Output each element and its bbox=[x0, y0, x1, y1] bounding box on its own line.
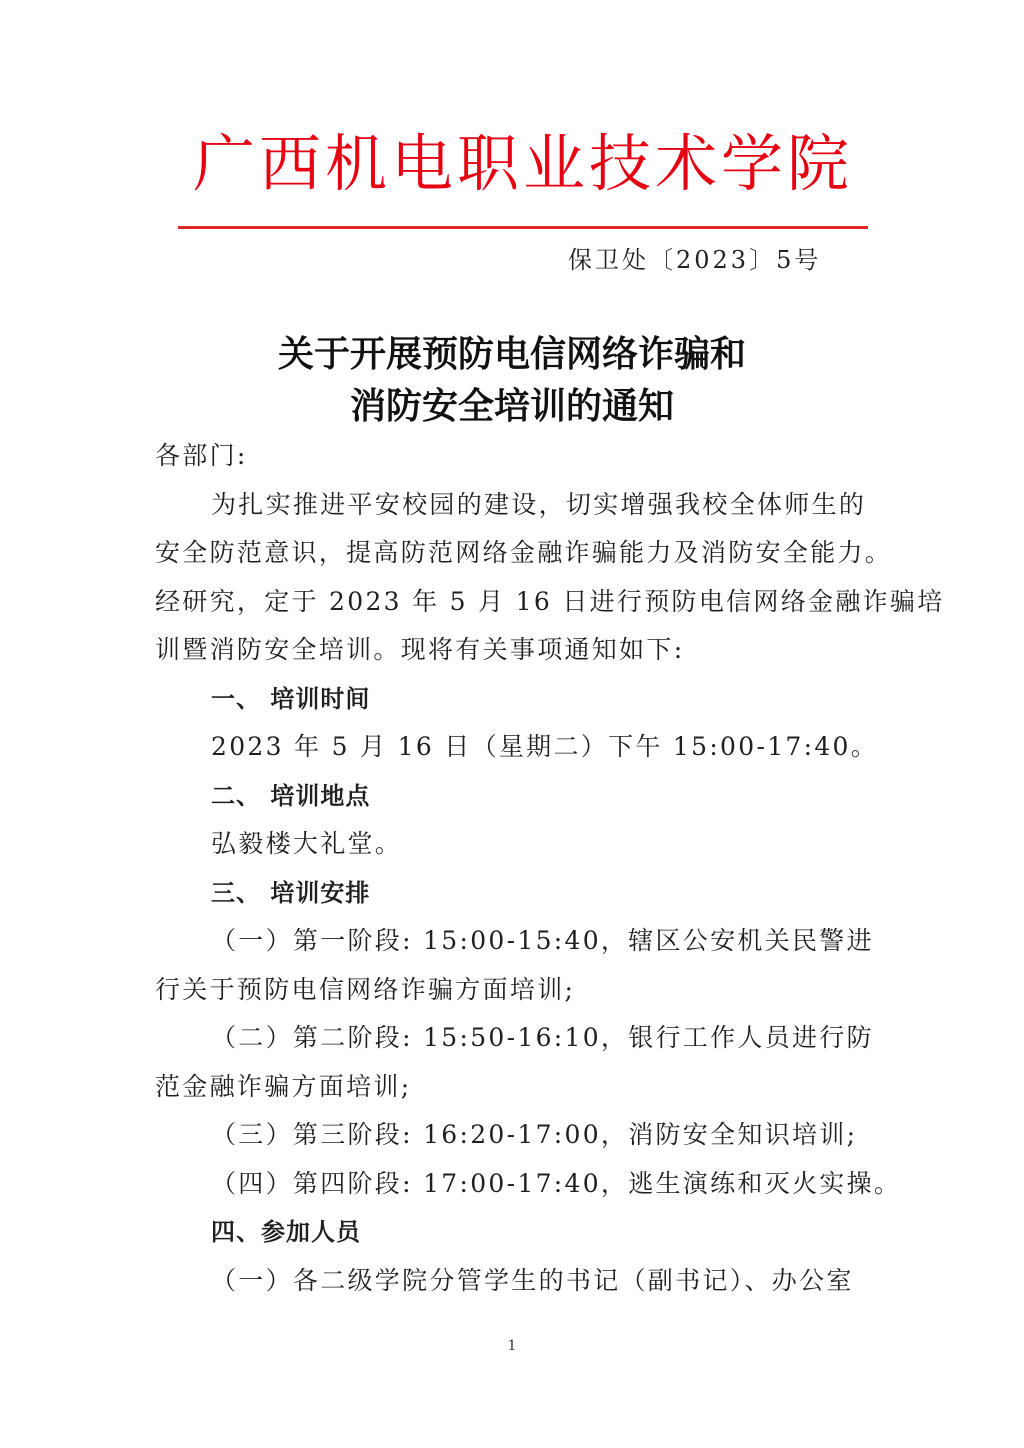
intro-line: 为扎实推进平安校园的建设，切实增强我校全体师生的 bbox=[155, 481, 869, 530]
notice-title: 关于开展预防电信网络诈骗和 消防安全培训的通知 bbox=[150, 328, 874, 432]
schedule-line: （三）第三阶段: 16:20-17:00，消防安全知识培训; bbox=[155, 1111, 869, 1160]
schedule-line: （二）第二阶段: 15:50-16:10，银行工作人员进行防 bbox=[155, 1014, 869, 1063]
section-text: 弘毅楼大礼堂。 bbox=[155, 820, 869, 869]
notice-title-line-2: 消防安全培训的通知 bbox=[150, 380, 874, 432]
schedule-item-2: （二）第二阶段: 15:50-16:10，银行工作人员进行防 范金融诈骗方面培训… bbox=[155, 1014, 869, 1111]
red-divider-rule bbox=[178, 226, 868, 229]
section-training-time: 一、 培训时间 2023 年 5 月 16 日（星期二）下午 15:00-17:… bbox=[155, 675, 869, 772]
section-training-schedule: 三、 培训安排 （一）第一阶段: 15:00-15:40，辖区公安机关民警进 行… bbox=[155, 869, 869, 1209]
document-number: 保卫处〔2023〕5号 bbox=[568, 244, 821, 276]
schedule-line: 范金融诈骗方面培训; bbox=[155, 1063, 869, 1112]
section-training-location: 二、 培训地点 弘毅楼大礼堂。 bbox=[155, 772, 869, 869]
section-heading: 一、 培训时间 bbox=[155, 675, 869, 724]
schedule-line: （四）第四阶段: 17:00-17:40，逃生演练和灭火实操。 bbox=[155, 1160, 869, 1209]
section-heading: 四、参加人员 bbox=[155, 1208, 869, 1257]
schedule-line: 行关于预防电信网络诈骗方面培训; bbox=[155, 966, 869, 1015]
section-participants: 四、参加人员 （一）各二级学院分管学生的书记（副书记）、办公室 bbox=[155, 1208, 869, 1305]
section-text: 2023 年 5 月 16 日（星期二）下午 15:00-17:40。 bbox=[155, 723, 869, 772]
intro-line: 经研究，定于 2023 年 5 月 16 日进行预防电信网络金融诈骗培 bbox=[155, 578, 869, 627]
section-heading: 二、 培训地点 bbox=[155, 772, 869, 821]
document-page: 广西机电职业技术学院 保卫处〔2023〕5号 关于开展预防电信网络诈骗和 消防安… bbox=[0, 0, 1024, 1448]
intro-line: 安全防范意识，提高防范网络金融诈骗能力及消防安全能力。 bbox=[155, 529, 869, 578]
intro-line: 训暨消防安全培训。现将有关事项通知如下: bbox=[155, 626, 869, 675]
intro-paragraph: 为扎实推进平安校园的建设，切实增强我校全体师生的 安全防范意识，提高防范网络金融… bbox=[155, 481, 869, 675]
notice-body: 各部门: 为扎实推进平安校园的建设，切实增强我校全体师生的 安全防范意识，提高防… bbox=[155, 432, 869, 1305]
notice-title-line-1: 关于开展预防电信网络诈骗和 bbox=[150, 328, 874, 380]
salutation: 各部门: bbox=[155, 432, 869, 481]
section-heading: 三、 培训安排 bbox=[155, 869, 869, 918]
masthead-title: 广西机电职业技术学院 bbox=[178, 126, 868, 202]
schedule-line: （一）第一阶段: 15:00-15:40，辖区公安机关民警进 bbox=[155, 917, 869, 966]
page-number: 1 bbox=[0, 1338, 1024, 1354]
schedule-item-4: （四）第四阶段: 17:00-17:40，逃生演练和灭火实操。 bbox=[155, 1160, 869, 1209]
participants-line: （一）各二级学院分管学生的书记（副书记）、办公室 bbox=[155, 1257, 869, 1306]
schedule-item-1: （一）第一阶段: 15:00-15:40，辖区公安机关民警进 行关于预防电信网络… bbox=[155, 917, 869, 1014]
schedule-item-3: （三）第三阶段: 16:20-17:00，消防安全知识培训; bbox=[155, 1111, 869, 1160]
